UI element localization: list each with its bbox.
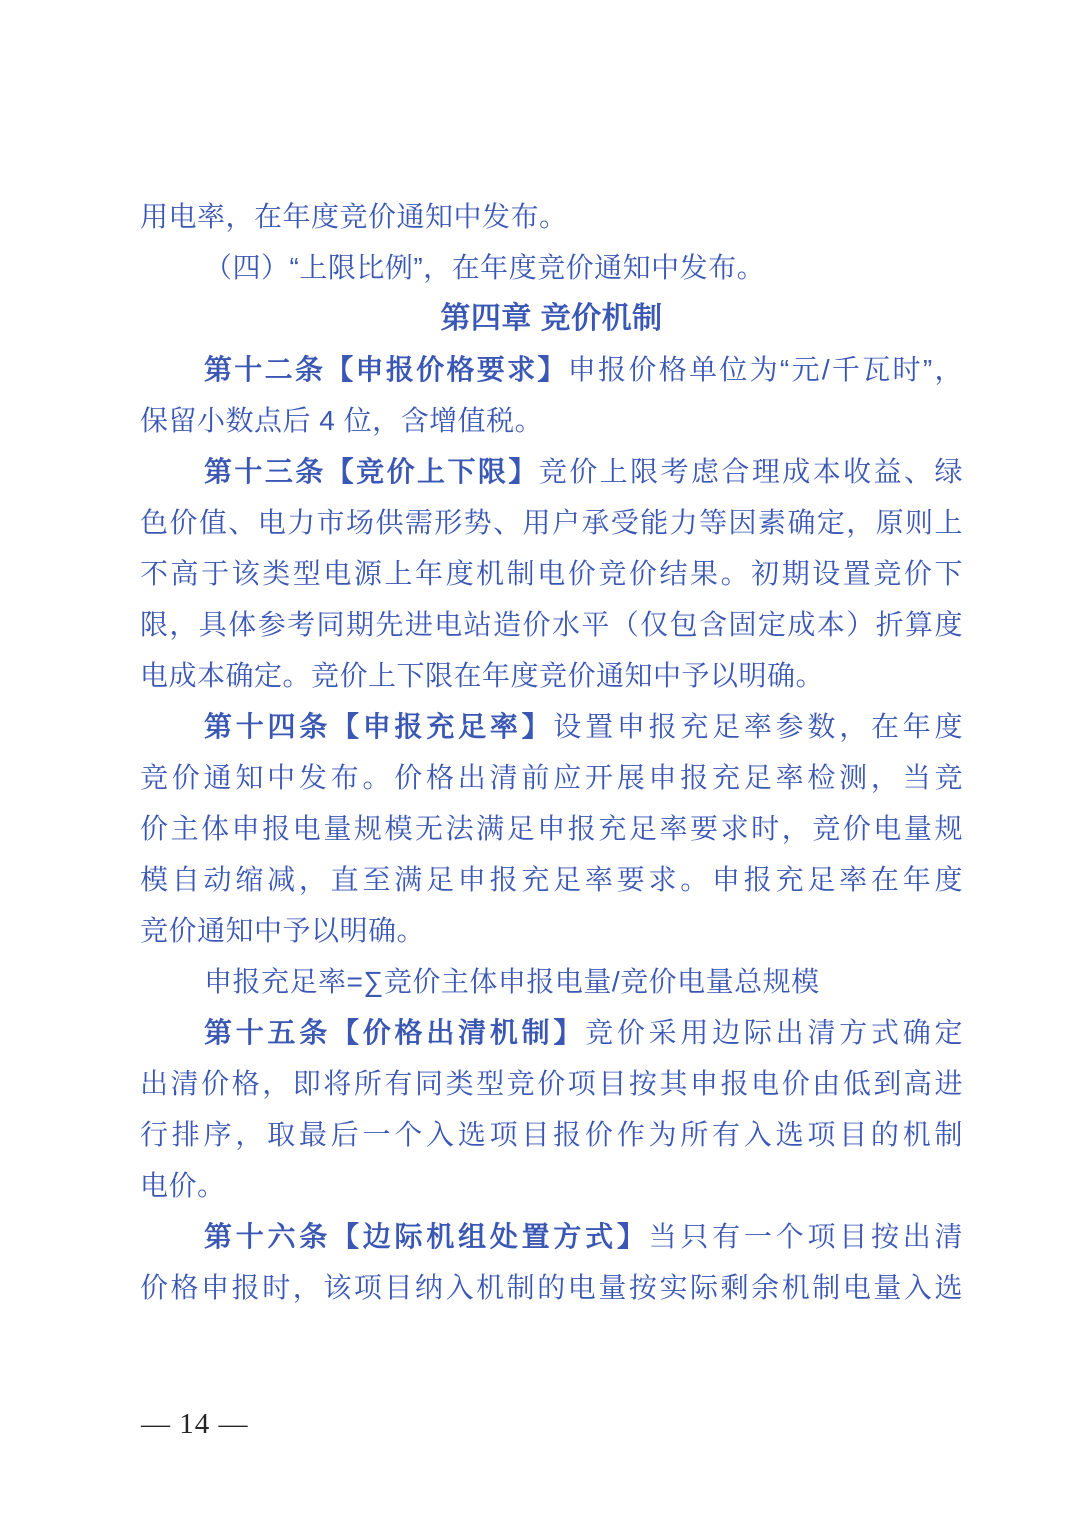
text-run: 申报充足率=∑竞价主体申报电量/竞价电量总规模 — [204, 966, 820, 997]
text-line: 竞价通知中予以明确。 — [140, 905, 963, 956]
text-run: 模自动缩减，直至满足申报充足率要求。申报充足率在年度 — [140, 864, 963, 895]
text-run: 限，具体参考同期先进电站造价水平（仅包含固定成本）折算度 — [140, 609, 963, 640]
text-line: 价格申报时，该项目纳入机制的电量按实际剩余机制电量入选 — [140, 1262, 963, 1313]
document-page: 用电率，在年度竞价通知中发布。（四）“上限比例”，在年度竞价通知中发布。第四章 … — [0, 0, 1080, 1527]
text-line: 竞价通知中发布。价格出清前应开展申报充足率检测，当竞 — [140, 752, 963, 803]
text-line: 价主体申报电量规模无法满足申报充足率要求时，竞价电量规 — [140, 803, 963, 854]
text-run: 不高于该类型电源上年度机制电价竞价结果。初期设置竞价下 — [140, 558, 963, 589]
text-line: 第十五条【价格出清机制】竞价采用边际出清方式确定 — [140, 1007, 963, 1058]
document-content: 用电率，在年度竞价通知中发布。（四）“上限比例”，在年度竞价通知中发布。第四章 … — [140, 191, 963, 1313]
text-line: 模自动缩减，直至满足申报充足率要求。申报充足率在年度 — [140, 854, 963, 905]
article-label: 第十五条【价格出清机制】 — [204, 1017, 585, 1048]
text-line: 不高于该类型电源上年度机制电价竞价结果。初期设置竞价下 — [140, 548, 963, 599]
text-run: （四）“上限比例”，在年度竞价通知中发布。 — [204, 252, 765, 283]
text-run: 价主体申报电量规模无法满足申报充足率要求时，竞价电量规 — [140, 813, 963, 844]
text-line: 第十六条【边际机组处置方式】当只有一个项目按出清 — [140, 1211, 963, 1262]
para-carryover: 用电率，在年度竞价通知中发布。 — [140, 191, 963, 242]
article-label: 第十六条【边际机组处置方式】 — [204, 1221, 649, 1252]
article-16: 第十六条【边际机组处置方式】当只有一个项目按出清价格申报时，该项目纳入机制的电量… — [140, 1211, 963, 1313]
text-line: 出清价格，即将所有同类型竞价项目按其申报电价由低到高进 — [140, 1058, 963, 1109]
article-14: 第十四条【申报充足率】设置申报充足率参数，在年度竞价通知中发布。价格出清前应开展… — [140, 701, 963, 956]
formula-declaration-adequacy: 申报充足率=∑竞价主体申报电量/竞价电量总规模 — [140, 956, 963, 1007]
para-item-four: （四）“上限比例”，在年度竞价通知中发布。 — [140, 242, 963, 293]
text-run: 行排序，取最后一个入选项目报价作为所有入选项目的机制 — [140, 1119, 963, 1150]
text-line: 电成本确定。竞价上下限在年度竞价通知中予以明确。 — [140, 650, 963, 701]
text-run: 申报价格单位为“元/千瓦时”， — [568, 354, 963, 385]
text-line: 限，具体参考同期先进电站造价水平（仅包含固定成本）折算度 — [140, 599, 963, 650]
text-run: 价格申报时，该项目纳入机制的电量按实际剩余机制电量入选 — [140, 1272, 963, 1303]
text-run: 色价值、电力市场供需形势、用户承受能力等因素确定，原则上 — [140, 507, 963, 538]
text-run: 出清价格，即将所有同类型竞价项目按其申报电价由低到高进 — [140, 1068, 963, 1099]
article-12: 第十二条【申报价格要求】申报价格单位为“元/千瓦时”，保留小数点后 4 位，含增… — [140, 344, 963, 446]
article-label: 第十三条【竞价上下限】 — [204, 456, 539, 487]
chapter-heading: 第四章 竞价机制 — [140, 293, 963, 344]
text-run: 用电率，在年度竞价通知中发布。 — [140, 201, 568, 232]
text-line: （四）“上限比例”，在年度竞价通知中发布。 — [140, 242, 963, 293]
text-run: 竞价通知中发布。价格出清前应开展申报充足率检测，当竞 — [140, 762, 963, 793]
text-line: 电价。 — [140, 1160, 963, 1211]
text-run: 电成本确定。竞价上下限在年度竞价通知中予以明确。 — [140, 660, 824, 691]
text-line: 第四章 竞价机制 — [140, 293, 963, 344]
article-13: 第十三条【竞价上下限】竞价上限考虑合理成本收益、绿色价值、电力市场供需形势、用户… — [140, 446, 963, 701]
text-line: 第十三条【竞价上下限】竞价上限考虑合理成本收益、绿 — [140, 446, 963, 497]
text-run: 电价。 — [140, 1170, 226, 1201]
text-run: 竞价采用边际出清方式确定 — [585, 1017, 963, 1048]
text-line: 申报充足率=∑竞价主体申报电量/竞价电量总规模 — [140, 956, 963, 1007]
text-run: 竞价通知中予以明确。 — [140, 915, 425, 946]
text-line: 色价值、电力市场供需形势、用户承受能力等因素确定，原则上 — [140, 497, 963, 548]
article-label: 第十四条【申报充足率】 — [204, 711, 553, 742]
page-number: — 14 — — [141, 1404, 249, 1444]
text-line: 行排序，取最后一个入选项目报价作为所有入选项目的机制 — [140, 1109, 963, 1160]
chapter-heading-text: 第四章 竞价机制 — [440, 302, 662, 335]
text-run: 当只有一个项目按出清 — [649, 1221, 963, 1252]
text-run: 竞价上限考虑合理成本收益、绿 — [539, 456, 963, 487]
text-line: 用电率，在年度竞价通知中发布。 — [140, 191, 963, 242]
text-line: 第十二条【申报价格要求】申报价格单位为“元/千瓦时”， — [140, 344, 963, 395]
article-label: 第十二条【申报价格要求】 — [204, 354, 568, 385]
text-line: 第十四条【申报充足率】设置申报充足率参数，在年度 — [140, 701, 963, 752]
text-line: 保留小数点后 4 位，含增值税。 — [140, 395, 963, 446]
text-run: 保留小数点后 4 位，含增值税。 — [140, 405, 543, 436]
article-15: 第十五条【价格出清机制】竞价采用边际出清方式确定出清价格，即将所有同类型竞价项目… — [140, 1007, 963, 1211]
text-run: 设置申报充足率参数，在年度 — [553, 711, 963, 742]
